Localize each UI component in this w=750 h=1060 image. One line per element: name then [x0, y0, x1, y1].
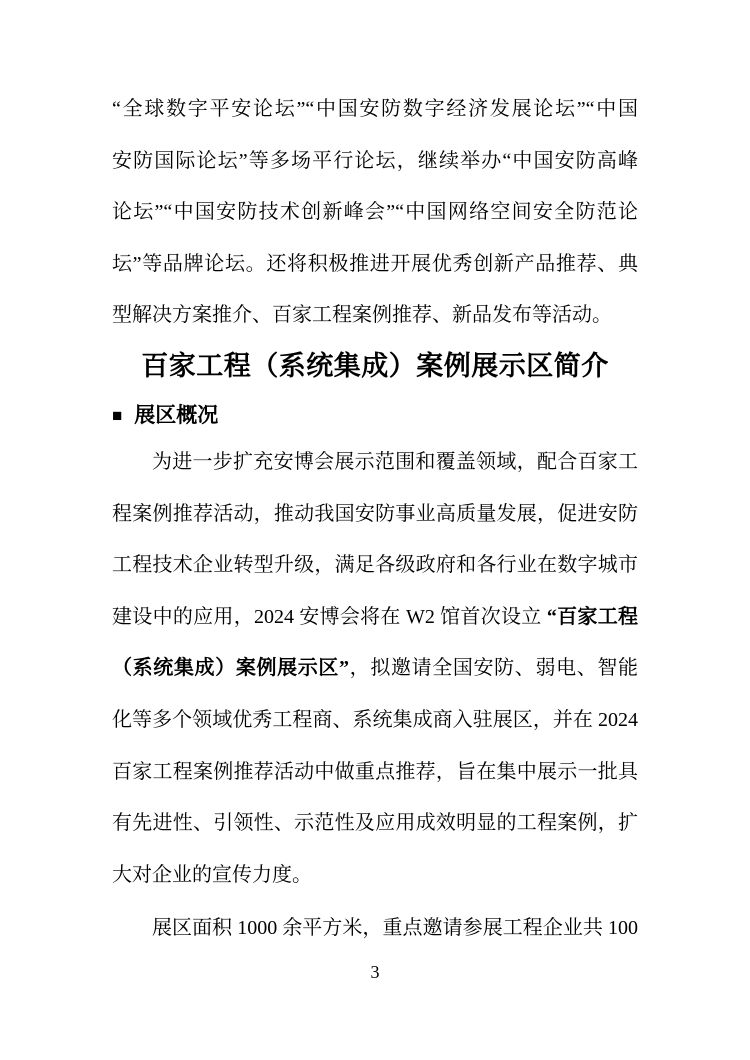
text-run: 坛”等品牌论坛。还将积极推进开展优秀创新产品推荐、典 [112, 253, 638, 275]
text-run: 论坛”“中国安防技术创新峰会”“中国网络空间安全防范论 [112, 201, 638, 223]
area-paragraph: 展区面积 1000 余平方米，重点邀请参展工程企业共 100 [112, 903, 638, 955]
text-run: 程案例推荐活动，推动我国安防事业高质量发展，促进安防 [112, 503, 638, 525]
text-run: 安防国际论坛”等多场平行论坛，继续举办“中国安防高峰 [112, 150, 638, 172]
intro-paragraph: “全球数字平安论坛”“中国安防数字经济发展论坛”“中国安防国际论坛”等多场平行论… [112, 84, 638, 342]
page-number: 3 [0, 959, 750, 985]
text-line: 有先进性、引领性、示范性及应用成效明显的工程案例，扩 [112, 798, 638, 850]
text-line: 安防国际论坛”等多场平行论坛，继续举办“中国安防高峰 [112, 136, 638, 188]
document-page: “全球数字平安论坛”“中国安防数字经济发展论坛”“中国安防国际论坛”等多场平行论… [0, 0, 750, 1060]
overview-paragraph: 为进一步扩充安博会展示范围和覆盖领域，配合百家工程案例推荐活动，推动我国安防事业… [112, 437, 638, 901]
text-line: 建设中的应用，2024 安博会将在 W2 馆首次设立 “百家工程 [112, 592, 638, 644]
text-run: ，拟邀请全国安防、弱电、智能 [349, 657, 638, 679]
text-line: 程案例推荐活动，推动我国安防事业高质量发展，促进安防 [112, 489, 638, 541]
subsection-heading: ■展区概况 [112, 400, 218, 430]
text-line: 化等多个领域优秀工程商、系统集成商入驻展区，并在 2024 [112, 695, 638, 747]
text-line: 坛”等品牌论坛。还将积极推进开展优秀创新产品推荐、典 [112, 239, 638, 291]
subsection-label: 展区概况 [134, 403, 218, 427]
text-run: 化等多个领域优秀工程商、系统集成商入驻展区，并在 2024 [112, 709, 638, 731]
text-line: 型解决方案推介、百家工程案例推荐、新品发布等活动。 [112, 290, 638, 342]
text-run: 为进一步扩充安博会展示范围和覆盖领域，配合百家工 [152, 451, 638, 473]
text-line: “全球数字平安论坛”“中国安防数字经济发展论坛”“中国 [112, 84, 638, 136]
text-run: 有先进性、引领性、示范性及应用成效明显的工程案例，扩 [112, 812, 638, 834]
text-run: 大对企业的宣传力度。 [112, 864, 312, 886]
text-line: 为进一步扩充安博会展示范围和覆盖领域，配合百家工 [112, 437, 638, 489]
text-run: 工程技术企业转型升级，满足各级政府和各行业在数字城市 [112, 554, 638, 576]
section-heading: 百家工程（系统集成）案例展示区简介 [112, 344, 638, 388]
text-run: 展区面积 1000 余平方米，重点邀请参展工程企业共 100 [152, 917, 638, 939]
square-bullet-icon: ■ [112, 401, 122, 431]
bold-text-run: （系统集成）案例展示区” [112, 657, 349, 679]
text-line: 大对企业的宣传力度。 [112, 850, 638, 902]
text-run: 型解决方案推介、百家工程案例推荐、新品发布等活动。 [112, 304, 612, 326]
text-line: 展区面积 1000 余平方米，重点邀请参展工程企业共 100 [112, 903, 638, 955]
bold-text-run: “百家工程 [547, 606, 638, 628]
text-run: 百家工程案例推荐活动中做重点推荐，旨在集中展示一批具 [112, 761, 638, 783]
text-line: 论坛”“中国安防技术创新峰会”“中国网络空间安全防范论 [112, 187, 638, 239]
text-line: 工程技术企业转型升级，满足各级政府和各行业在数字城市 [112, 540, 638, 592]
text-run: 建设中的应用，2024 安博会将在 W2 馆首次设立 [112, 606, 547, 628]
text-line: （系统集成）案例展示区”，拟邀请全国安防、弱电、智能 [112, 643, 638, 695]
text-line: 百家工程案例推荐活动中做重点推荐，旨在集中展示一批具 [112, 747, 638, 799]
text-run: “全球数字平安论坛”“中国安防数字经济发展论坛”“中国 [112, 98, 638, 120]
